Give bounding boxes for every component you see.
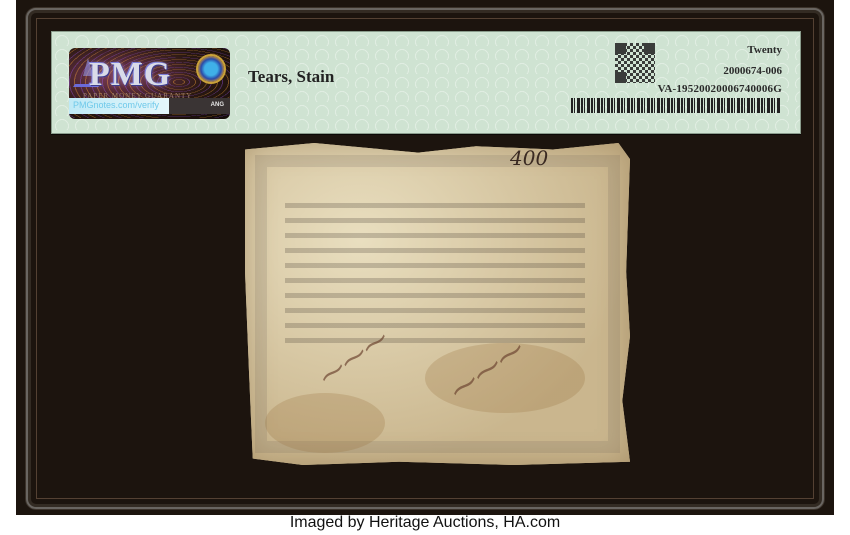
pmg-hologram: PMG PAPER MONEY GUARANTY PMGnotes.com/ve… (69, 48, 230, 119)
certification-number: VA-19520020006740006G (658, 83, 782, 95)
qr-code-icon (615, 43, 655, 83)
grading-comments: Tears, Stain (248, 67, 334, 87)
image-credit-caption: Imaged by Heritage Auctions, HA.com (0, 514, 850, 532)
pmg-grading-label: PMG PAPER MONEY GUARANTY PMGnotes.com/ve… (51, 31, 801, 134)
pmg-verify-url: PMGnotes.com/verify (73, 100, 159, 110)
water-stain (265, 393, 385, 453)
ang-mark: ANG (211, 102, 224, 108)
denomination: Twenty (747, 44, 782, 56)
serial-number: 2000674-006 (723, 65, 782, 77)
seal-icon (198, 56, 224, 82)
pmg-holder-slab: PMG PAPER MONEY GUARANTY PMGnotes.com/ve… (16, 0, 834, 515)
barcode (571, 98, 781, 113)
note-printed-text (285, 203, 585, 343)
handwritten-value: 400 (510, 146, 548, 170)
colonial-banknote-back: 400 ⁓⁓⁓ ⁓⁓⁓ (245, 143, 630, 465)
pmg-logo: PMG (89, 56, 171, 94)
